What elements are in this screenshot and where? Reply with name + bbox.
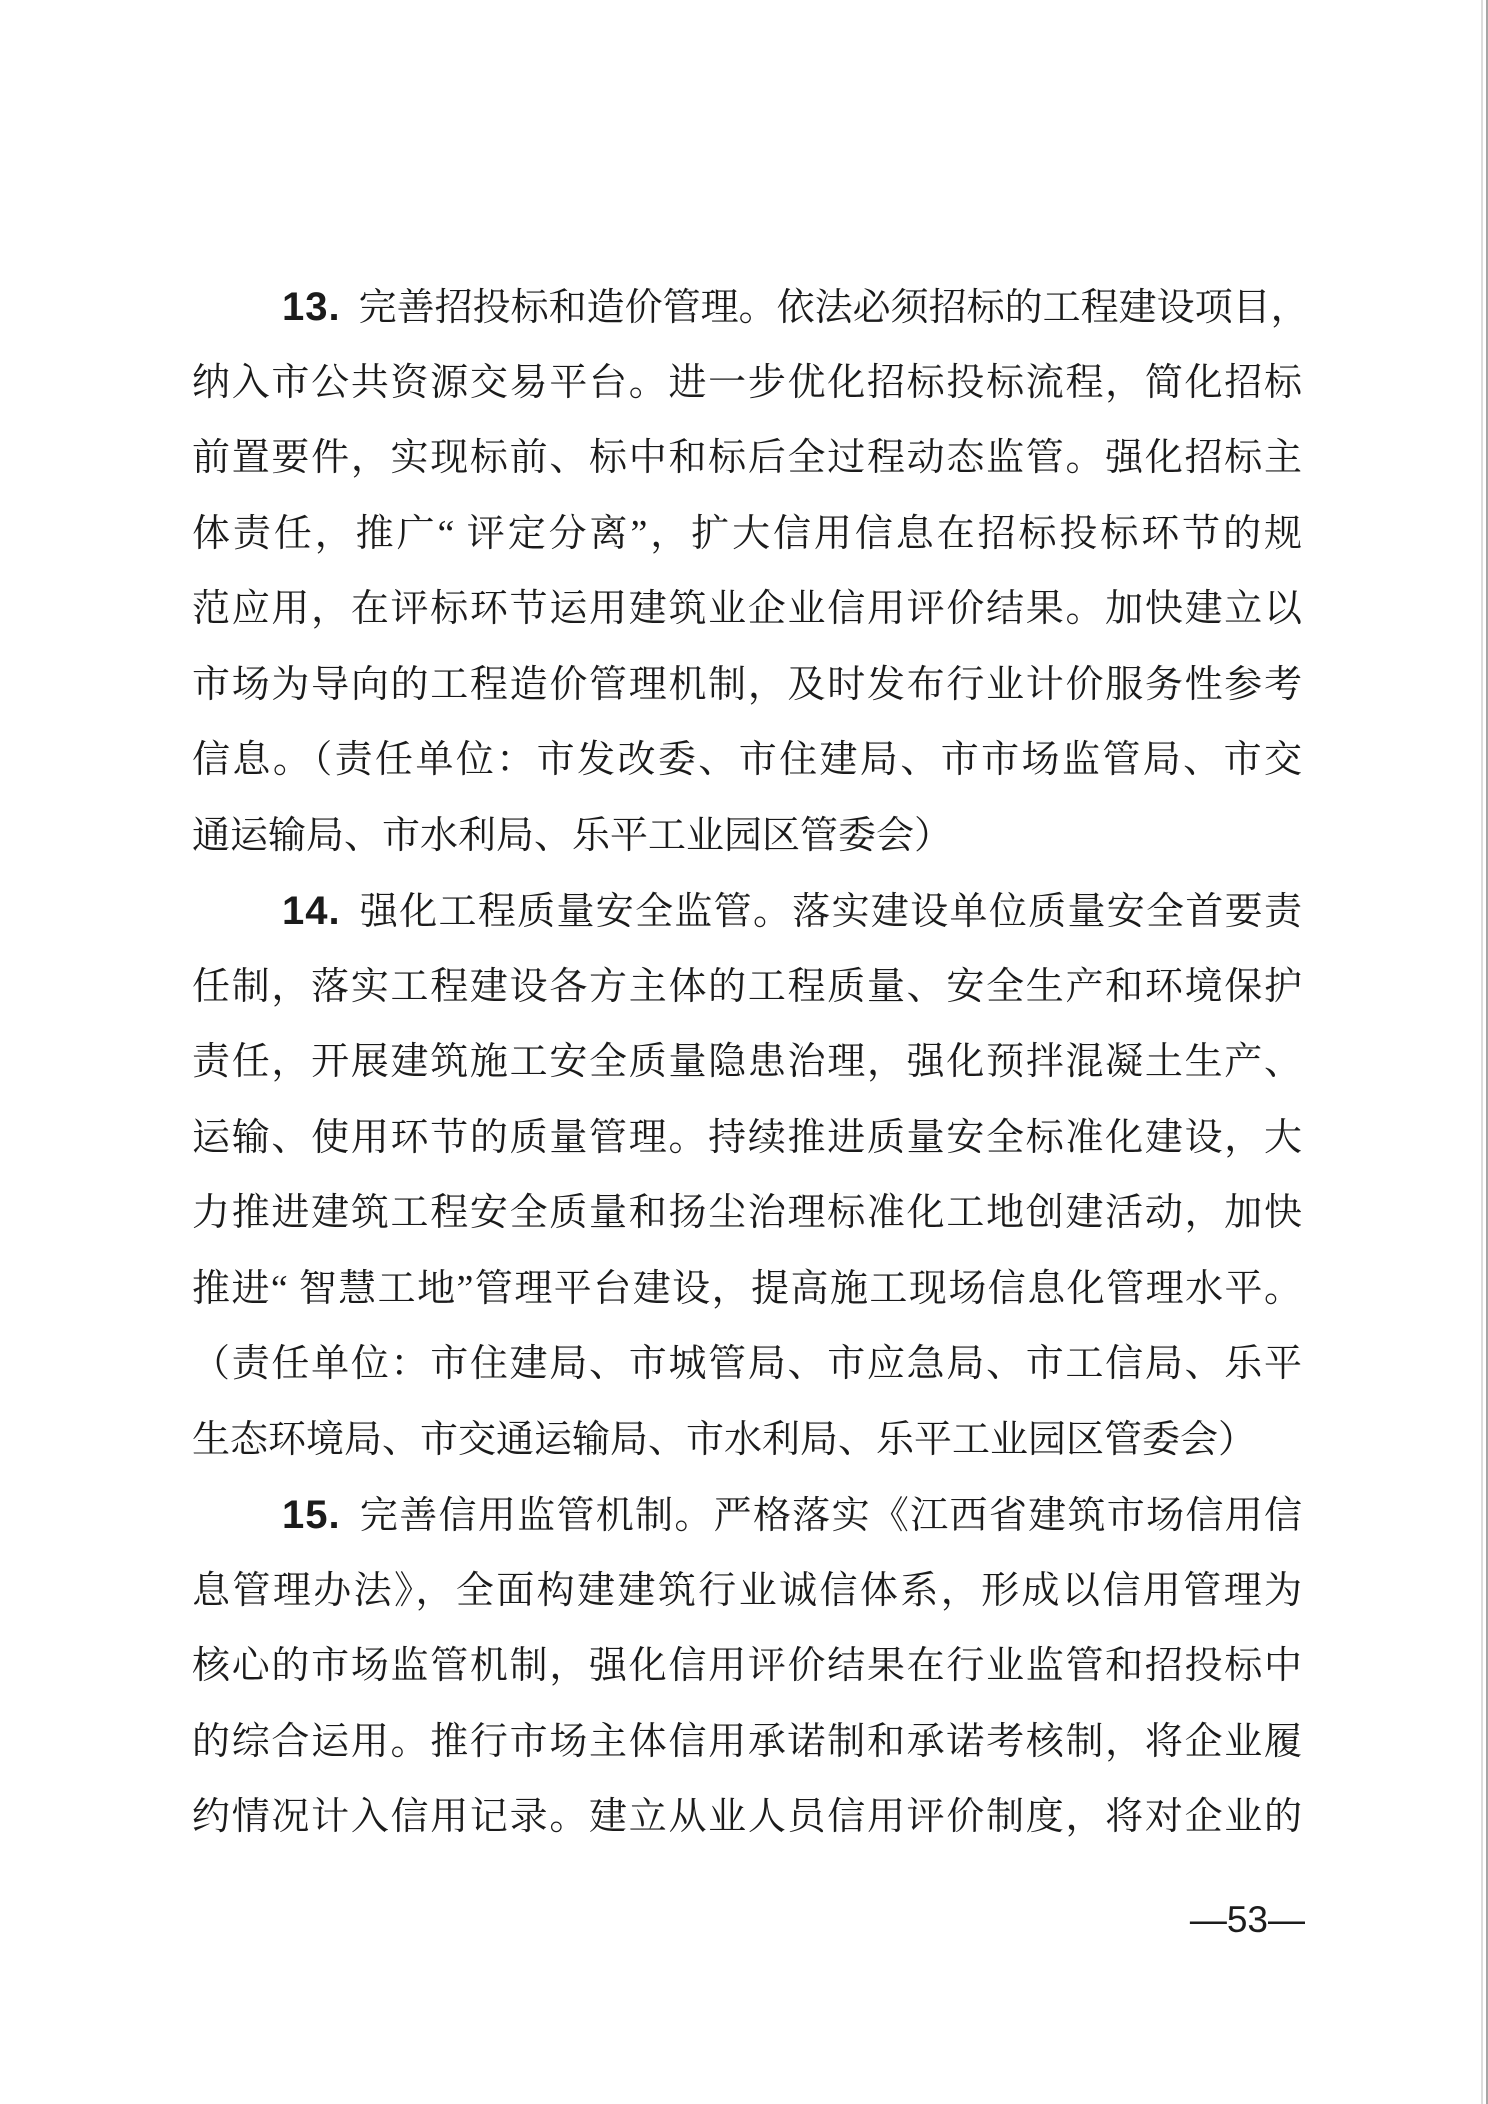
text-line-content: 信息。（责任单位：市发改委、市住建局、市市场监管局、市交: [192, 739, 1302, 781]
paragraph-number: 13.: [282, 285, 341, 329]
paragraph-number: 14.: [282, 889, 341, 933]
paragraph-13: 13.完善招投标和造价管理。依法必须招标的工程建设项目， 纳入市公共资源交易平台…: [192, 270, 1302, 874]
paragraph-15: 15.完善信用监管机制。严格落实《江西省建筑市场信用信 息管理办法》，全面构建建…: [192, 1478, 1302, 1856]
text-block: 13.完善招投标和造价管理。依法必须招标的工程建设项目， 纳入市公共资源交易平台…: [192, 270, 1302, 1856]
paragraph-number: 15.: [282, 1493, 341, 1537]
text-line: 市场为导向的工程造价管理机制，及时发布行业计价服务性参考: [192, 648, 1302, 724]
text-line-content: 约情况计入信用记录。建立从业人员信用评价制度，将对企业的: [192, 1796, 1302, 1838]
text-line-content: 推进“ 智慧工地”管理平台建设，提高施工现场信息化管理水平。: [192, 1268, 1302, 1310]
text-line-content: 范应用，在评标环节运用建筑业企业信用评价结果。加快建立以: [192, 588, 1302, 630]
text-line-content: 体责任，推广“ 评定分离”，扩大信用信息在招标投标环节的规: [192, 513, 1302, 555]
text-line-content: 通运输局、市水利局、乐平工业园区管委会）: [192, 815, 952, 857]
text-line: 范应用，在评标环节运用建筑业企业信用评价结果。加快建立以: [192, 572, 1302, 648]
text-line: 通运输局、市水利局、乐平工业园区管委会）: [192, 799, 1302, 875]
text-line-content: 完善信用监管机制。严格落实《江西省建筑市场信用信: [359, 1495, 1302, 1537]
text-line: 生态环境局、市交通运输局、市水利局、乐平工业园区管委会）: [192, 1403, 1302, 1479]
text-line-content: 完善招投标和造价管理。依法必须招标的工程建设项目，: [359, 287, 1309, 329]
text-line-content: 力推进建筑工程安全质量和扬尘治理标准化工地创建活动，加快: [192, 1192, 1302, 1234]
text-line: 前置要件，实现标前、标中和标后全过程动态监管。强化招标主: [192, 421, 1302, 497]
text-line-content: 任制，落实工程建设各方主体的工程质量、安全生产和环境保护: [192, 966, 1302, 1008]
text-line: 核心的市场监管机制，强化信用评价结果在行业监管和招投标中: [192, 1629, 1302, 1705]
text-line: 信息。（责任单位：市发改委、市住建局、市市场监管局、市交: [192, 723, 1302, 799]
text-line: 纳入市公共资源交易平台。进一步优化招标投标流程，简化招标: [192, 346, 1302, 422]
text-line: 推进“ 智慧工地”管理平台建设，提高施工现场信息化管理水平。: [192, 1252, 1302, 1328]
text-line-content: 运输、使用环节的质量管理。持续推进质量安全标准化建设，大: [192, 1117, 1302, 1159]
text-line-content: 生态环境局、市交通运输局、市水利局、乐平工业园区管委会）: [192, 1419, 1256, 1461]
text-line: （责任单位：市住建局、市城管局、市应急局、市工信局、乐平: [192, 1327, 1302, 1403]
paragraph-14: 14.强化工程质量安全监管。落实建设单位质量安全首要责 任制，落实工程建设各方主…: [192, 874, 1302, 1478]
text-line-content: 纳入市公共资源交易平台。进一步优化招标投标流程，简化招标: [192, 362, 1302, 404]
text-line: 运输、使用环节的质量管理。持续推进质量安全标准化建设，大: [192, 1101, 1302, 1177]
text-line: 体责任，推广“ 评定分离”，扩大信用信息在招标投标环节的规: [192, 497, 1302, 573]
text-line-content: 的综合运用。推行市场主体信用承诺制和承诺考核制，将企业履: [192, 1721, 1302, 1763]
text-line: 责任，开展建筑施工安全质量隐患治理，强化预拌混凝土生产、: [192, 1025, 1302, 1101]
page-number: —53—: [1190, 1896, 1305, 1944]
text-line-content: 息管理办法》，全面构建建筑行业诚信体系，形成以信用管理为: [192, 1570, 1302, 1612]
text-line-content: 强化工程质量安全监管。落实建设单位质量安全首要责: [359, 891, 1302, 933]
scan-artifact-line: [1481, 0, 1483, 2104]
text-line: 15.完善信用监管机制。严格落实《江西省建筑市场信用信: [192, 1478, 1302, 1554]
text-line: 力推进建筑工程安全质量和扬尘治理标准化工地创建活动，加快: [192, 1176, 1302, 1252]
text-line: 14.强化工程质量安全监管。落实建设单位质量安全首要责: [192, 874, 1302, 950]
document-page: 13.完善招投标和造价管理。依法必须招标的工程建设项目， 纳入市公共资源交易平台…: [0, 0, 1488, 2104]
text-line-content: 前置要件，实现标前、标中和标后全过程动态监管。强化招标主: [192, 437, 1302, 479]
text-line-content: 核心的市场监管机制，强化信用评价结果在行业监管和招投标中: [192, 1645, 1302, 1687]
text-line: 息管理办法》，全面构建建筑行业诚信体系，形成以信用管理为: [192, 1554, 1302, 1630]
text-line-content: 市场为导向的工程造价管理机制，及时发布行业计价服务性参考: [192, 664, 1302, 706]
text-line: 13.完善招投标和造价管理。依法必须招标的工程建设项目，: [192, 270, 1302, 346]
text-line: 任制，落实工程建设各方主体的工程质量、安全生产和环境保护: [192, 950, 1302, 1026]
text-line: 的综合运用。推行市场主体信用承诺制和承诺考核制，将企业履: [192, 1705, 1302, 1781]
text-line-content: （责任单位：市住建局、市城管局、市应急局、市工信局、乐平: [192, 1343, 1302, 1385]
text-line: 约情况计入信用记录。建立从业人员信用评价制度，将对企业的: [192, 1780, 1302, 1856]
text-line-content: 责任，开展建筑施工安全质量隐患治理，强化预拌混凝土生产、: [192, 1041, 1302, 1083]
